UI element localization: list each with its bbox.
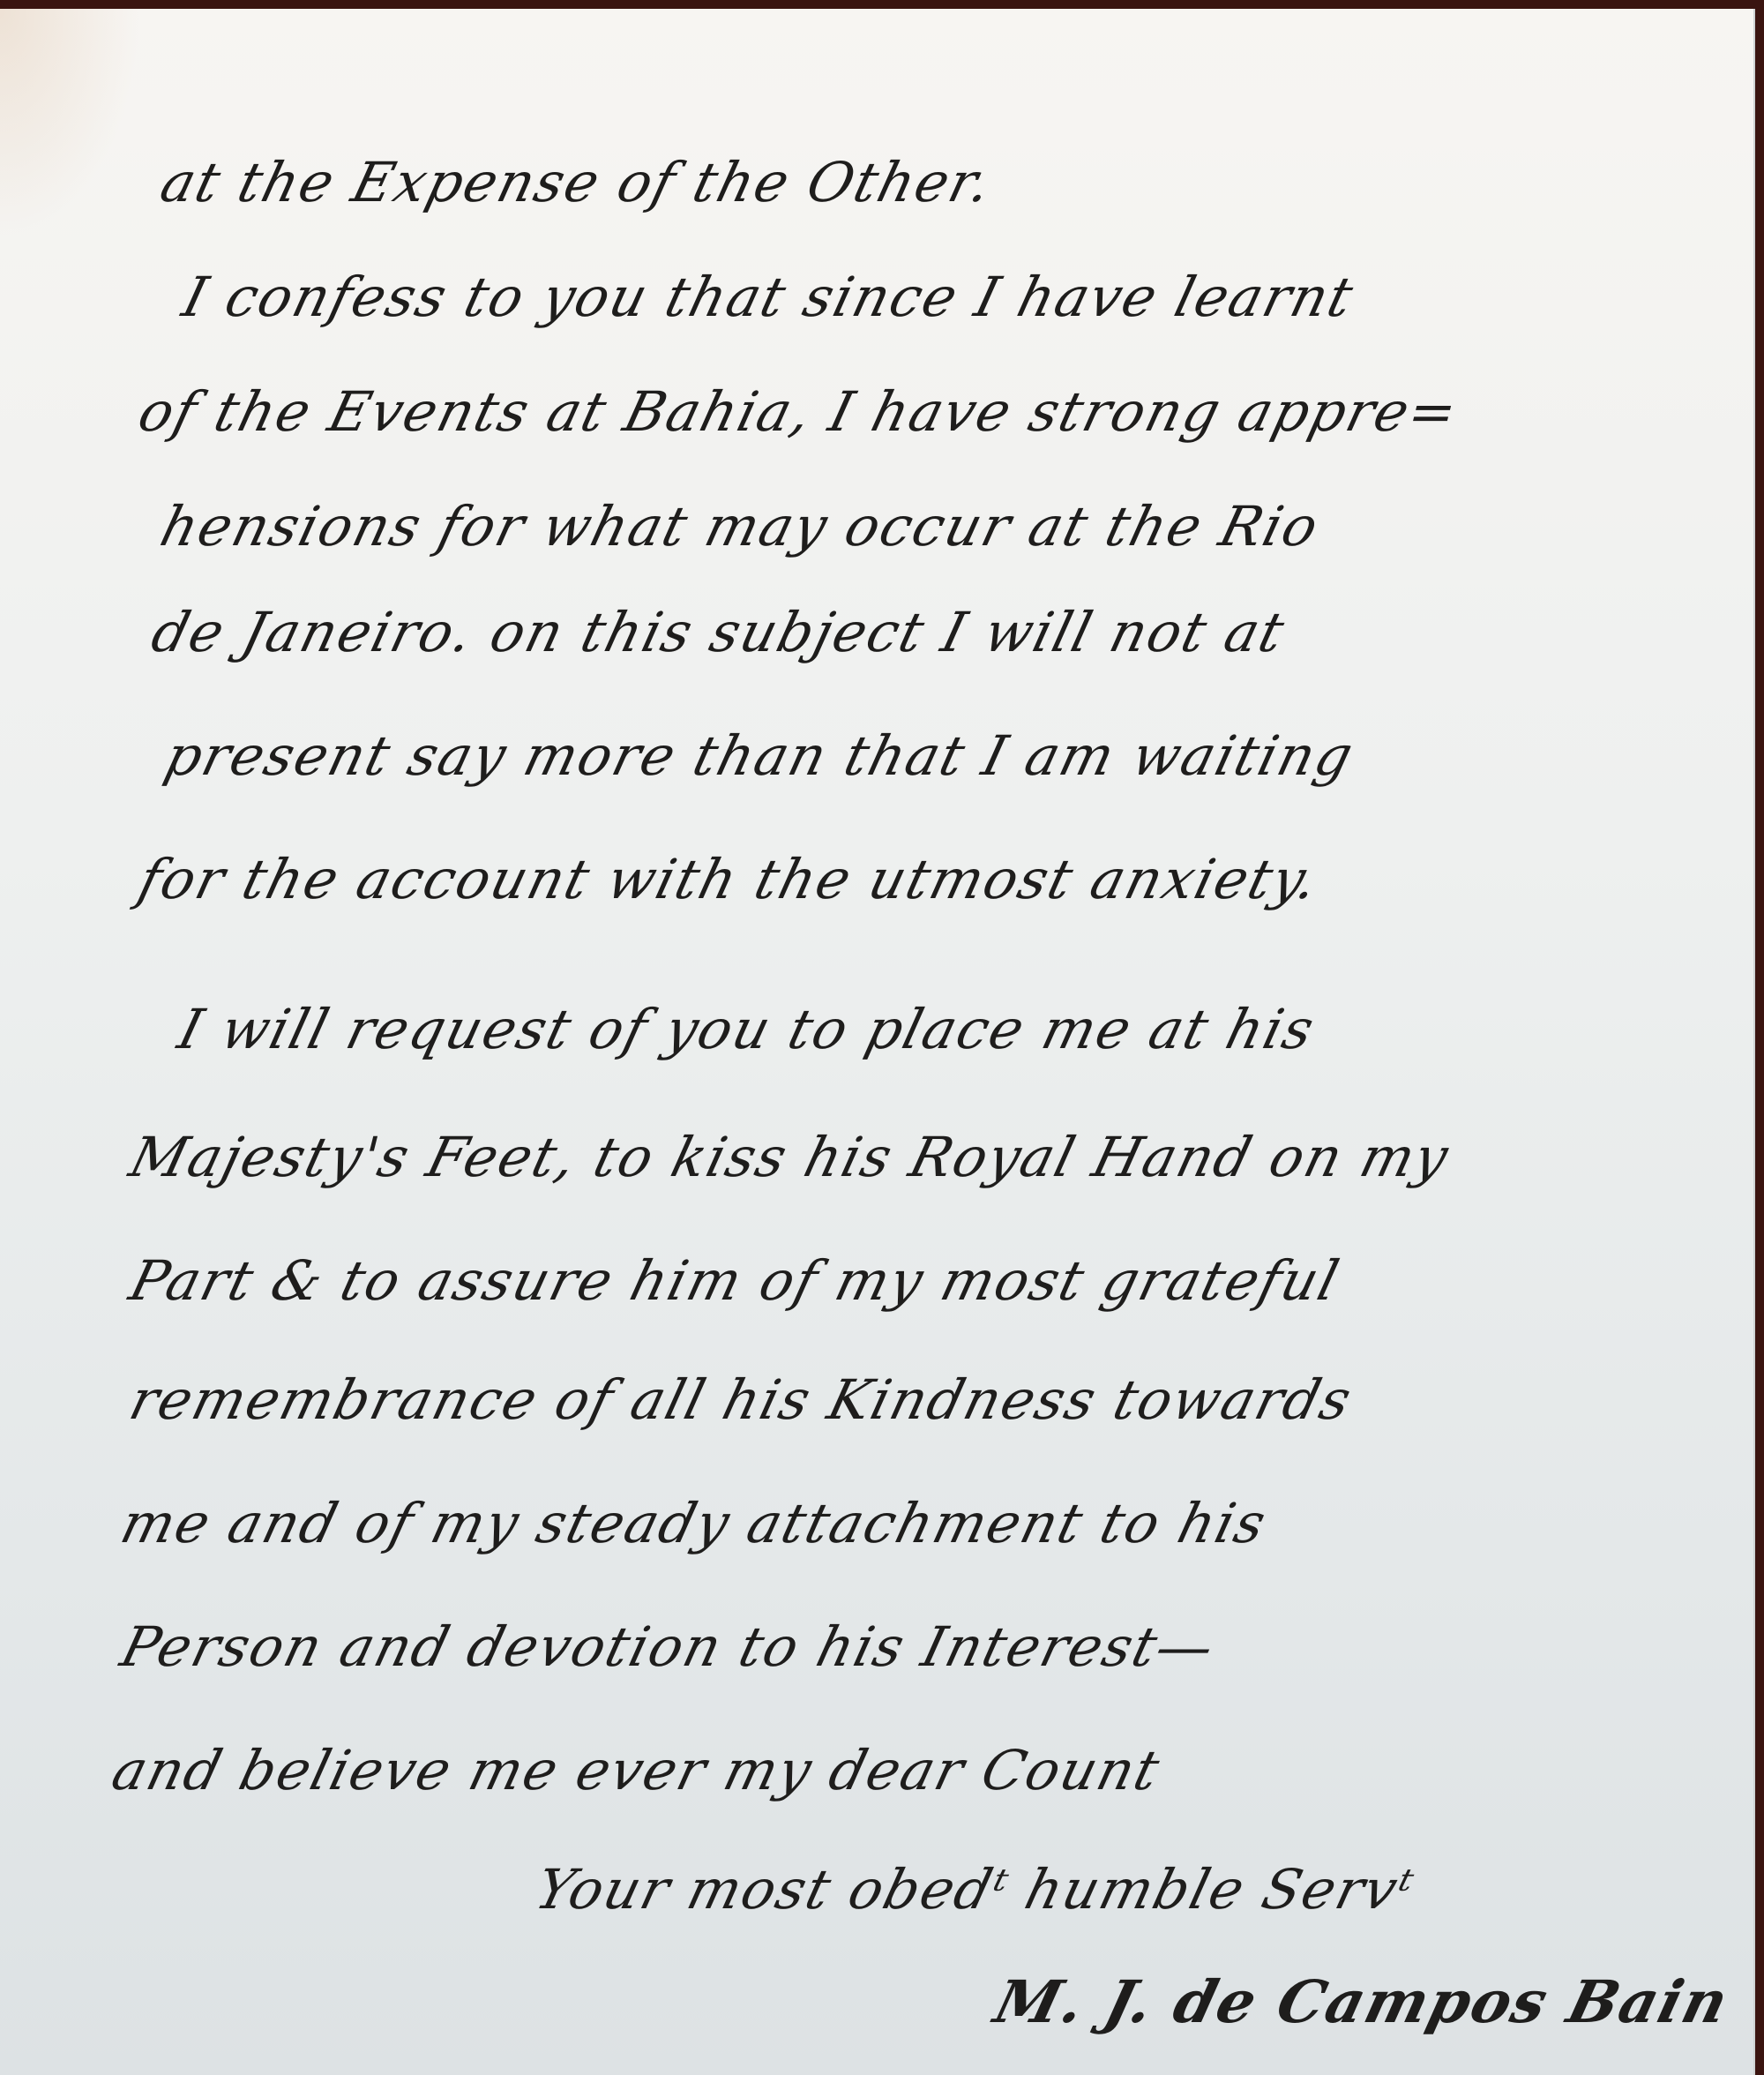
letter-line-3: of the Events at Bahia, I have strong ap… [132,379,1465,444]
letter-line-2: I confess to you that since I have learn… [176,265,1361,329]
letter-line-7: for the account with the utmost anxiety. [132,847,1326,911]
letter-line-11: remembrance of all his Kindness towards [123,1367,1359,1432]
letter-line-12: me and of my steady attachment to his [115,1491,1274,1555]
letter-page: at the Expense of the Other. I confess t… [0,9,1755,2075]
letter-line-14: and believe me ever my dear Count [106,1738,1167,1802]
letter-line-5: de Janeiro. on this subject I will not a… [146,600,1292,664]
letter-line-9: Majesty's Feet, to kiss his Royal Hand o… [123,1125,1456,1189]
letter-line-8: I will request of you to place me at his [172,997,1322,1061]
letter-signature: M. J. de Campos Bain [988,1967,1737,2036]
letter-line-4: hensions for what may occur at the Rio [154,494,1327,558]
letter-line-13: Person and devotion to his Interest— [115,1614,1222,1679]
letter-line-10: Part & to assure him of my most grateful [123,1248,1347,1313]
letter-line-1: at the Expense of the Other. [154,150,999,214]
letter-line-6: present say more than that I am waiting [159,723,1361,788]
letter-closing: Your most obedᵗ humble Servᵗ [529,1857,1421,1921]
